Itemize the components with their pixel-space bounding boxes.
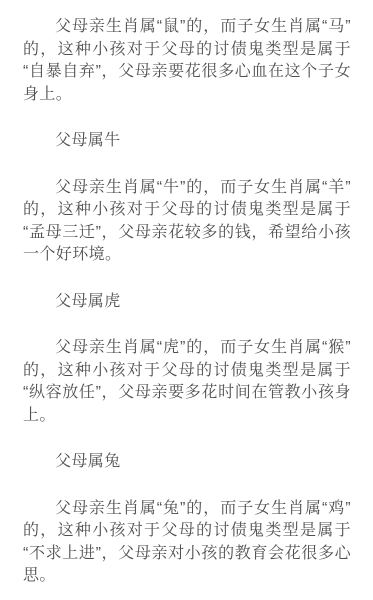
- paragraph-tiger-monkey: 父母亲生肖属“虎”的，而子女生肖属“猴”的，这种小孩对于父母的讨债鬼类型是属于“…: [23, 337, 351, 427]
- article-body: 父母亲生肖属“鼠”的，而子女生肖属“马”的，这种小孩对于父母的讨债鬼类型是属于“…: [23, 16, 351, 588]
- paragraph-rabbit-rooster: 父母亲生肖属“兔”的，而子女生肖属“鸡”的，这种小孩对于父母的讨债鬼类型是属于“…: [23, 498, 351, 588]
- paragraph-ox-goat: 父母亲生肖属“牛”的，而子女生肖属“羊”的，这种小孩对于父母的讨债鬼类型是属于“…: [23, 177, 351, 267]
- section-heading-tiger: 父母属虎: [23, 291, 351, 314]
- paragraph-rat-horse: 父母亲生肖属“鼠”的，而子女生肖属“马”的，这种小孩对于父母的讨债鬼类型是属于“…: [23, 16, 351, 106]
- section-heading-ox: 父母属牛: [23, 130, 351, 153]
- page: 父母亲生肖属“鼠”的，而子女生肖属“马”的，这种小孩对于父母的讨债鬼类型是属于“…: [0, 0, 373, 600]
- section-heading-rabbit: 父母属兔: [23, 451, 351, 474]
